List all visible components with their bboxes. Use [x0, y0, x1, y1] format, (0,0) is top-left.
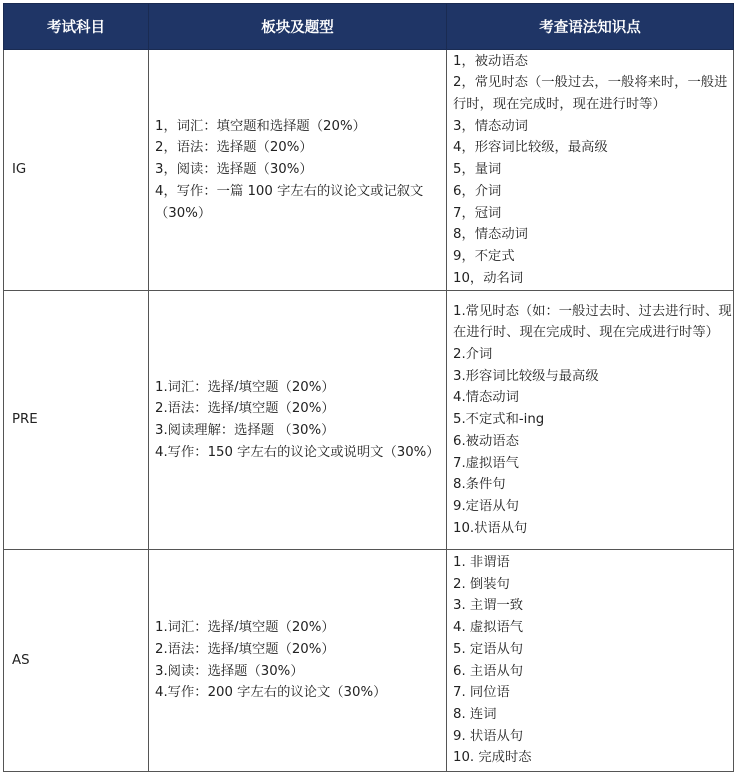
- grammar-item: 4. 虚拟语气: [453, 617, 733, 639]
- exam-grammar-table: 考试科目 板块及题型 考查语法知识点 IG 1，词汇：填空题和选择题（20%） …: [3, 3, 734, 772]
- grammar-item: 5.不定式和-ing: [453, 409, 733, 431]
- grammar-item: 8.条件句: [453, 474, 733, 496]
- header-grammar: 考查语法知识点: [447, 4, 734, 50]
- grammar-item: 2. 倒装句: [453, 574, 733, 596]
- section-item: 2.语法：选择/填空题（20%）: [155, 398, 446, 420]
- section-item: 3.阅读：选择题（30%）: [155, 661, 446, 683]
- grammar-item: 3，情态动词: [453, 116, 733, 138]
- sections-cell: 1.词汇：选择/填空题（20%） 2.语法：选择/填空题（20%） 3.阅读理解…: [149, 291, 447, 550]
- grammar-item: 6.被动语态: [453, 431, 733, 453]
- table-row-as: AS 1.词汇：选择/填空题（20%） 2.语法：选择/填空题（20%） 3.阅…: [4, 550, 734, 772]
- section-item: 1，词汇：填空题和选择题（20%）: [155, 116, 446, 138]
- grammar-cell: 1.常见时态（如：一般过去时、过去进行时、现在进行时、现在完成时、现在完成进行时…: [447, 291, 734, 550]
- grammar-item: 1，被动语态: [453, 51, 733, 73]
- section-item: 4，写作：一篇 100 字左右的议论文或记叙文（30%）: [155, 181, 446, 224]
- section-item: 2，语法：选择题（20%）: [155, 137, 446, 159]
- grammar-item: 7.虚拟语气: [453, 453, 733, 475]
- subject-cell: IG: [4, 50, 149, 291]
- grammar-item: 5. 定语从句: [453, 639, 733, 661]
- grammar-item: 8. 连词: [453, 704, 733, 726]
- grammar-item: 8，情态动词: [453, 224, 733, 246]
- section-item: 4.写作：200 字左右的议论文（30%）: [155, 682, 446, 704]
- subject-cell: AS: [4, 550, 149, 772]
- grammar-item: 5，量词: [453, 159, 733, 181]
- section-item: 3.阅读理解：选择题 （30%）: [155, 420, 446, 442]
- grammar-item: 3. 主谓一致: [453, 595, 733, 617]
- sections-cell: 1，词汇：填空题和选择题（20%） 2，语法：选择题（20%） 3，阅读：选择题…: [149, 50, 447, 291]
- grammar-item: 9.定语从句: [453, 496, 733, 518]
- section-item: 4.写作：150 字左右的议论文或说明文（30%）: [155, 442, 446, 464]
- header-sections: 板块及题型: [149, 4, 447, 50]
- grammar-item: 9，不定式: [453, 246, 733, 268]
- grammar-item: 1.常见时态（如：一般过去时、过去进行时、现在进行时、现在完成时、现在完成进行时…: [453, 301, 733, 344]
- grammar-item: 4.情态动词: [453, 387, 733, 409]
- header-row: 考试科目 板块及题型 考查语法知识点: [4, 4, 734, 50]
- grammar-item: 9. 状语从句: [453, 726, 733, 748]
- grammar-item: 7，冠词: [453, 203, 733, 225]
- grammar-item: 10，动名词: [453, 268, 733, 290]
- grammar-item: 2.介词: [453, 344, 733, 366]
- section-item: 2.语法：选择/填空题（20%）: [155, 639, 446, 661]
- grammar-cell: 1，被动语态 2，常见时态（一般过去，一般将来时，一般进行时，现在完成时，现在进…: [447, 50, 734, 291]
- header-subject: 考试科目: [4, 4, 149, 50]
- subject-cell: PRE: [4, 291, 149, 550]
- grammar-cell: 1. 非谓语 2. 倒装句 3. 主谓一致 4. 虚拟语气 5. 定语从句 6.…: [447, 550, 734, 772]
- table-row-ig: IG 1，词汇：填空题和选择题（20%） 2，语法：选择题（20%） 3，阅读：…: [4, 50, 734, 291]
- grammar-item: 10. 完成时态: [453, 747, 733, 769]
- section-item: 1.词汇：选择/填空题（20%）: [155, 377, 446, 399]
- grammar-item: 4，形容词比较级，最高级: [453, 137, 733, 159]
- grammar-item: 7. 同位语: [453, 682, 733, 704]
- grammar-item: 10.状语从句: [453, 518, 733, 540]
- grammar-item: 6. 主语从句: [453, 661, 733, 683]
- grammar-item: 6，介词: [453, 181, 733, 203]
- grammar-item: 2，常见时态（一般过去，一般将来时，一般进行时，现在完成时，现在进行时等）: [453, 72, 733, 115]
- sections-cell: 1.词汇：选择/填空题（20%） 2.语法：选择/填空题（20%） 3.阅读：选…: [149, 550, 447, 772]
- grammar-item: 3.形容词比较级与最高级: [453, 366, 733, 388]
- section-item: 1.词汇：选择/填空题（20%）: [155, 617, 446, 639]
- table-row-pre: PRE 1.词汇：选择/填空题（20%） 2.语法：选择/填空题（20%） 3.…: [4, 291, 734, 550]
- section-item: 3，阅读：选择题（30%）: [155, 159, 446, 181]
- grammar-item: 1. 非谓语: [453, 552, 733, 574]
